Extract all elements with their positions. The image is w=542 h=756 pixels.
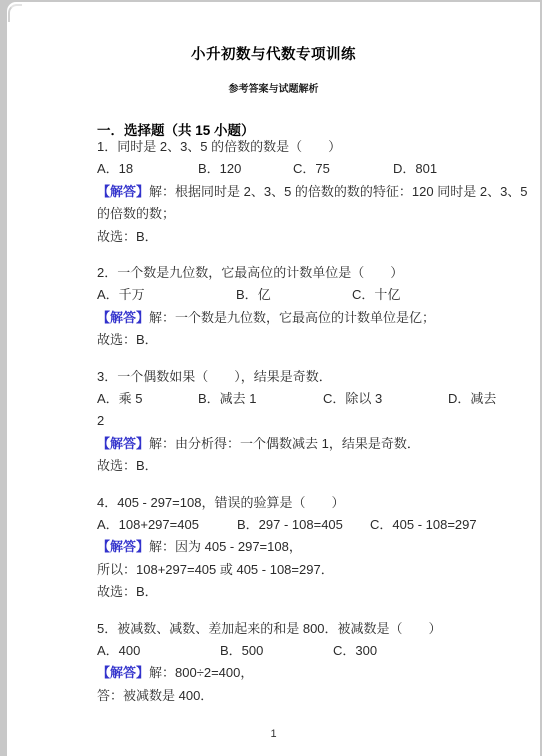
options-row: A．千万B．亿C．十亿 <box>97 284 527 306</box>
answer-label: 【解答】 <box>97 436 149 451</box>
answer-line: 【解答】解：根据同时是 2、3、5 的倍数的数的特征：120 同时是 2、3、5 <box>97 181 527 203</box>
option: B．减去 1 <box>198 388 257 410</box>
option: A．乘 5 <box>97 388 143 410</box>
options-row: A．400B．500C．300 <box>97 640 527 662</box>
answer-label: 【解答】 <box>97 310 149 325</box>
page-number: 1 <box>7 728 540 740</box>
answer-label: 【解答】 <box>97 665 149 680</box>
answer-line: 所以：108+297=405 或 405 - 108=297． <box>97 559 527 581</box>
answer-line: 【解答】解：因为 405 - 297=108， <box>97 536 527 558</box>
answer-label: 【解答】 <box>97 184 149 199</box>
option: C．十亿 <box>352 284 400 306</box>
answer-line: 故选：B． <box>97 226 527 248</box>
question-stem: 4．405 - 297=108，错误的验算是（ ） <box>97 492 527 514</box>
options-row: A．18B．120C．75D．801 <box>97 158 527 180</box>
question-block: 3．一个偶数如果（ ），结果是奇数．A．乘 5B．减去 1C．除以 3D．减去2… <box>97 366 527 478</box>
options-row: A．乘 5B．减去 1C．除以 3D．减去 <box>97 388 527 410</box>
option: C．405 - 108=297 <box>370 514 477 536</box>
answer-line: 【解答】解：一个数是九位数，它最高位的计数单位是亿； <box>97 307 527 329</box>
question-block: 5．被减数、减数、差加起来的和是 800．被减数是（ ）A．400B．500C．… <box>97 618 527 708</box>
answer-text: 解：因为 405 - 297=108， <box>149 539 302 554</box>
option: D．801 <box>393 158 437 180</box>
answer-label: 【解答】 <box>97 539 149 554</box>
page-corner-curl <box>8 4 22 22</box>
question-stem: 1．同时是 2、3、5 的倍数的数是（ ） <box>97 136 527 158</box>
answer-line: 【解答】解：由分析得：一个偶数减去 1，结果是奇数． <box>97 433 527 455</box>
answer-line: 的倍数的数； <box>97 203 527 225</box>
answer-line: 故选：B． <box>97 455 527 477</box>
option: D．减去 <box>448 388 496 410</box>
question-block: 1．同时是 2、3、5 的倍数的数是（ ）A．18B．120C．75D．801【… <box>97 136 527 248</box>
question-block: 2．一个数是九位数，它最高位的计数单位是（ ）A．千万B．亿C．十亿【解答】解：… <box>97 262 527 352</box>
answer-line: 【解答】解：800÷2=400， <box>97 662 527 684</box>
document-page: 小升初数与代数专项训练 参考答案与试题解析 一．选择题（共 15 小题） 1．同… <box>7 2 540 756</box>
option: B．亿 <box>236 284 271 306</box>
option-overflow-line: 2 <box>97 410 527 432</box>
option: C．300 <box>333 640 377 662</box>
option: B．120 <box>198 158 241 180</box>
option: C．75 <box>293 158 330 180</box>
option: A．400 <box>97 640 140 662</box>
options-row: A．108+297=405B．297 - 108=405C．405 - 108=… <box>97 514 527 536</box>
question-block: 4．405 - 297=108，错误的验算是（ ）A．108+297=405B．… <box>97 492 527 604</box>
page-subtitle: 参考答案与试题解析 <box>7 80 540 95</box>
answer-text: 解：根据同时是 2、3、5 的倍数的数的特征：120 同时是 2、3、5 <box>149 184 528 199</box>
option: B．297 - 108=405 <box>237 514 343 536</box>
option: C．除以 3 <box>323 388 382 410</box>
answer-line: 答：被减数是 400． <box>97 685 527 707</box>
answer-line: 故选：B． <box>97 581 527 603</box>
question-stem: 2．一个数是九位数，它最高位的计数单位是（ ） <box>97 262 527 284</box>
question-stem: 3．一个偶数如果（ ），结果是奇数． <box>97 366 527 388</box>
option: A．千万 <box>97 284 145 306</box>
questions-container: 1．同时是 2、3、5 的倍数的数是（ ）A．18B．120C．75D．801【… <box>97 136 527 707</box>
question-stem: 5．被减数、减数、差加起来的和是 800．被减数是（ ） <box>97 618 527 640</box>
page-title: 小升初数与代数专项训练 <box>7 43 540 64</box>
option: A．18 <box>97 158 133 180</box>
option: B．500 <box>220 640 263 662</box>
answer-text: 解：800÷2=400， <box>149 665 253 680</box>
answer-text: 解：一个数是九位数，它最高位的计数单位是亿； <box>149 310 435 325</box>
answer-text: 解：由分析得：一个偶数减去 1，结果是奇数． <box>149 436 420 451</box>
answer-line: 故选：B． <box>97 329 527 351</box>
option: A．108+297=405 <box>97 514 199 536</box>
